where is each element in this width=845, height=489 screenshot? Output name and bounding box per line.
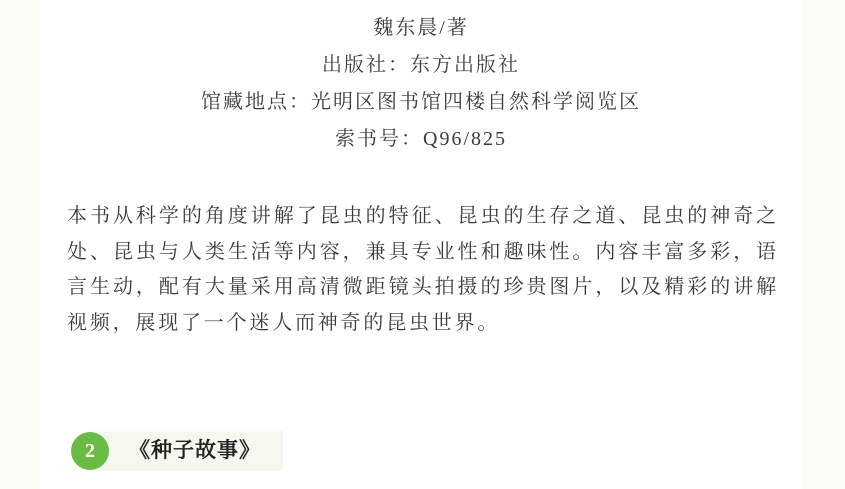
book-author-line: 魏东晨/著 — [40, 10, 802, 47]
section-title: 《种子故事》 — [129, 431, 261, 471]
article-page: 魏东晨/著 出版社：东方出版社 馆藏地点：光明区图书馆四楼自然科学阅览区 索书号… — [0, 0, 845, 489]
content-area: 魏东晨/著 出版社：东方出版社 馆藏地点：光明区图书馆四楼自然科学阅览区 索书号… — [40, 0, 802, 489]
book-meta-block: 魏东晨/著 出版社：东方出版社 馆藏地点：光明区图书馆四楼自然科学阅览区 索书号… — [40, 0, 802, 158]
book-location-line: 馆藏地点：光明区图书馆四楼自然科学阅览区 — [40, 84, 802, 121]
section-number-badge: 2 — [71, 432, 109, 470]
book-description: 本书从科学的角度讲解了昆虫的特征、昆虫的生存之道、昆虫的神奇之处、昆虫与人类生活… — [67, 199, 779, 341]
book-publisher-line: 出版社：东方出版社 — [40, 47, 802, 84]
book-call-number-line: 索书号：Q96/825 — [40, 121, 802, 158]
next-section-heading: 2 《种子故事》 — [40, 431, 802, 471]
section-number: 2 — [85, 440, 95, 462]
